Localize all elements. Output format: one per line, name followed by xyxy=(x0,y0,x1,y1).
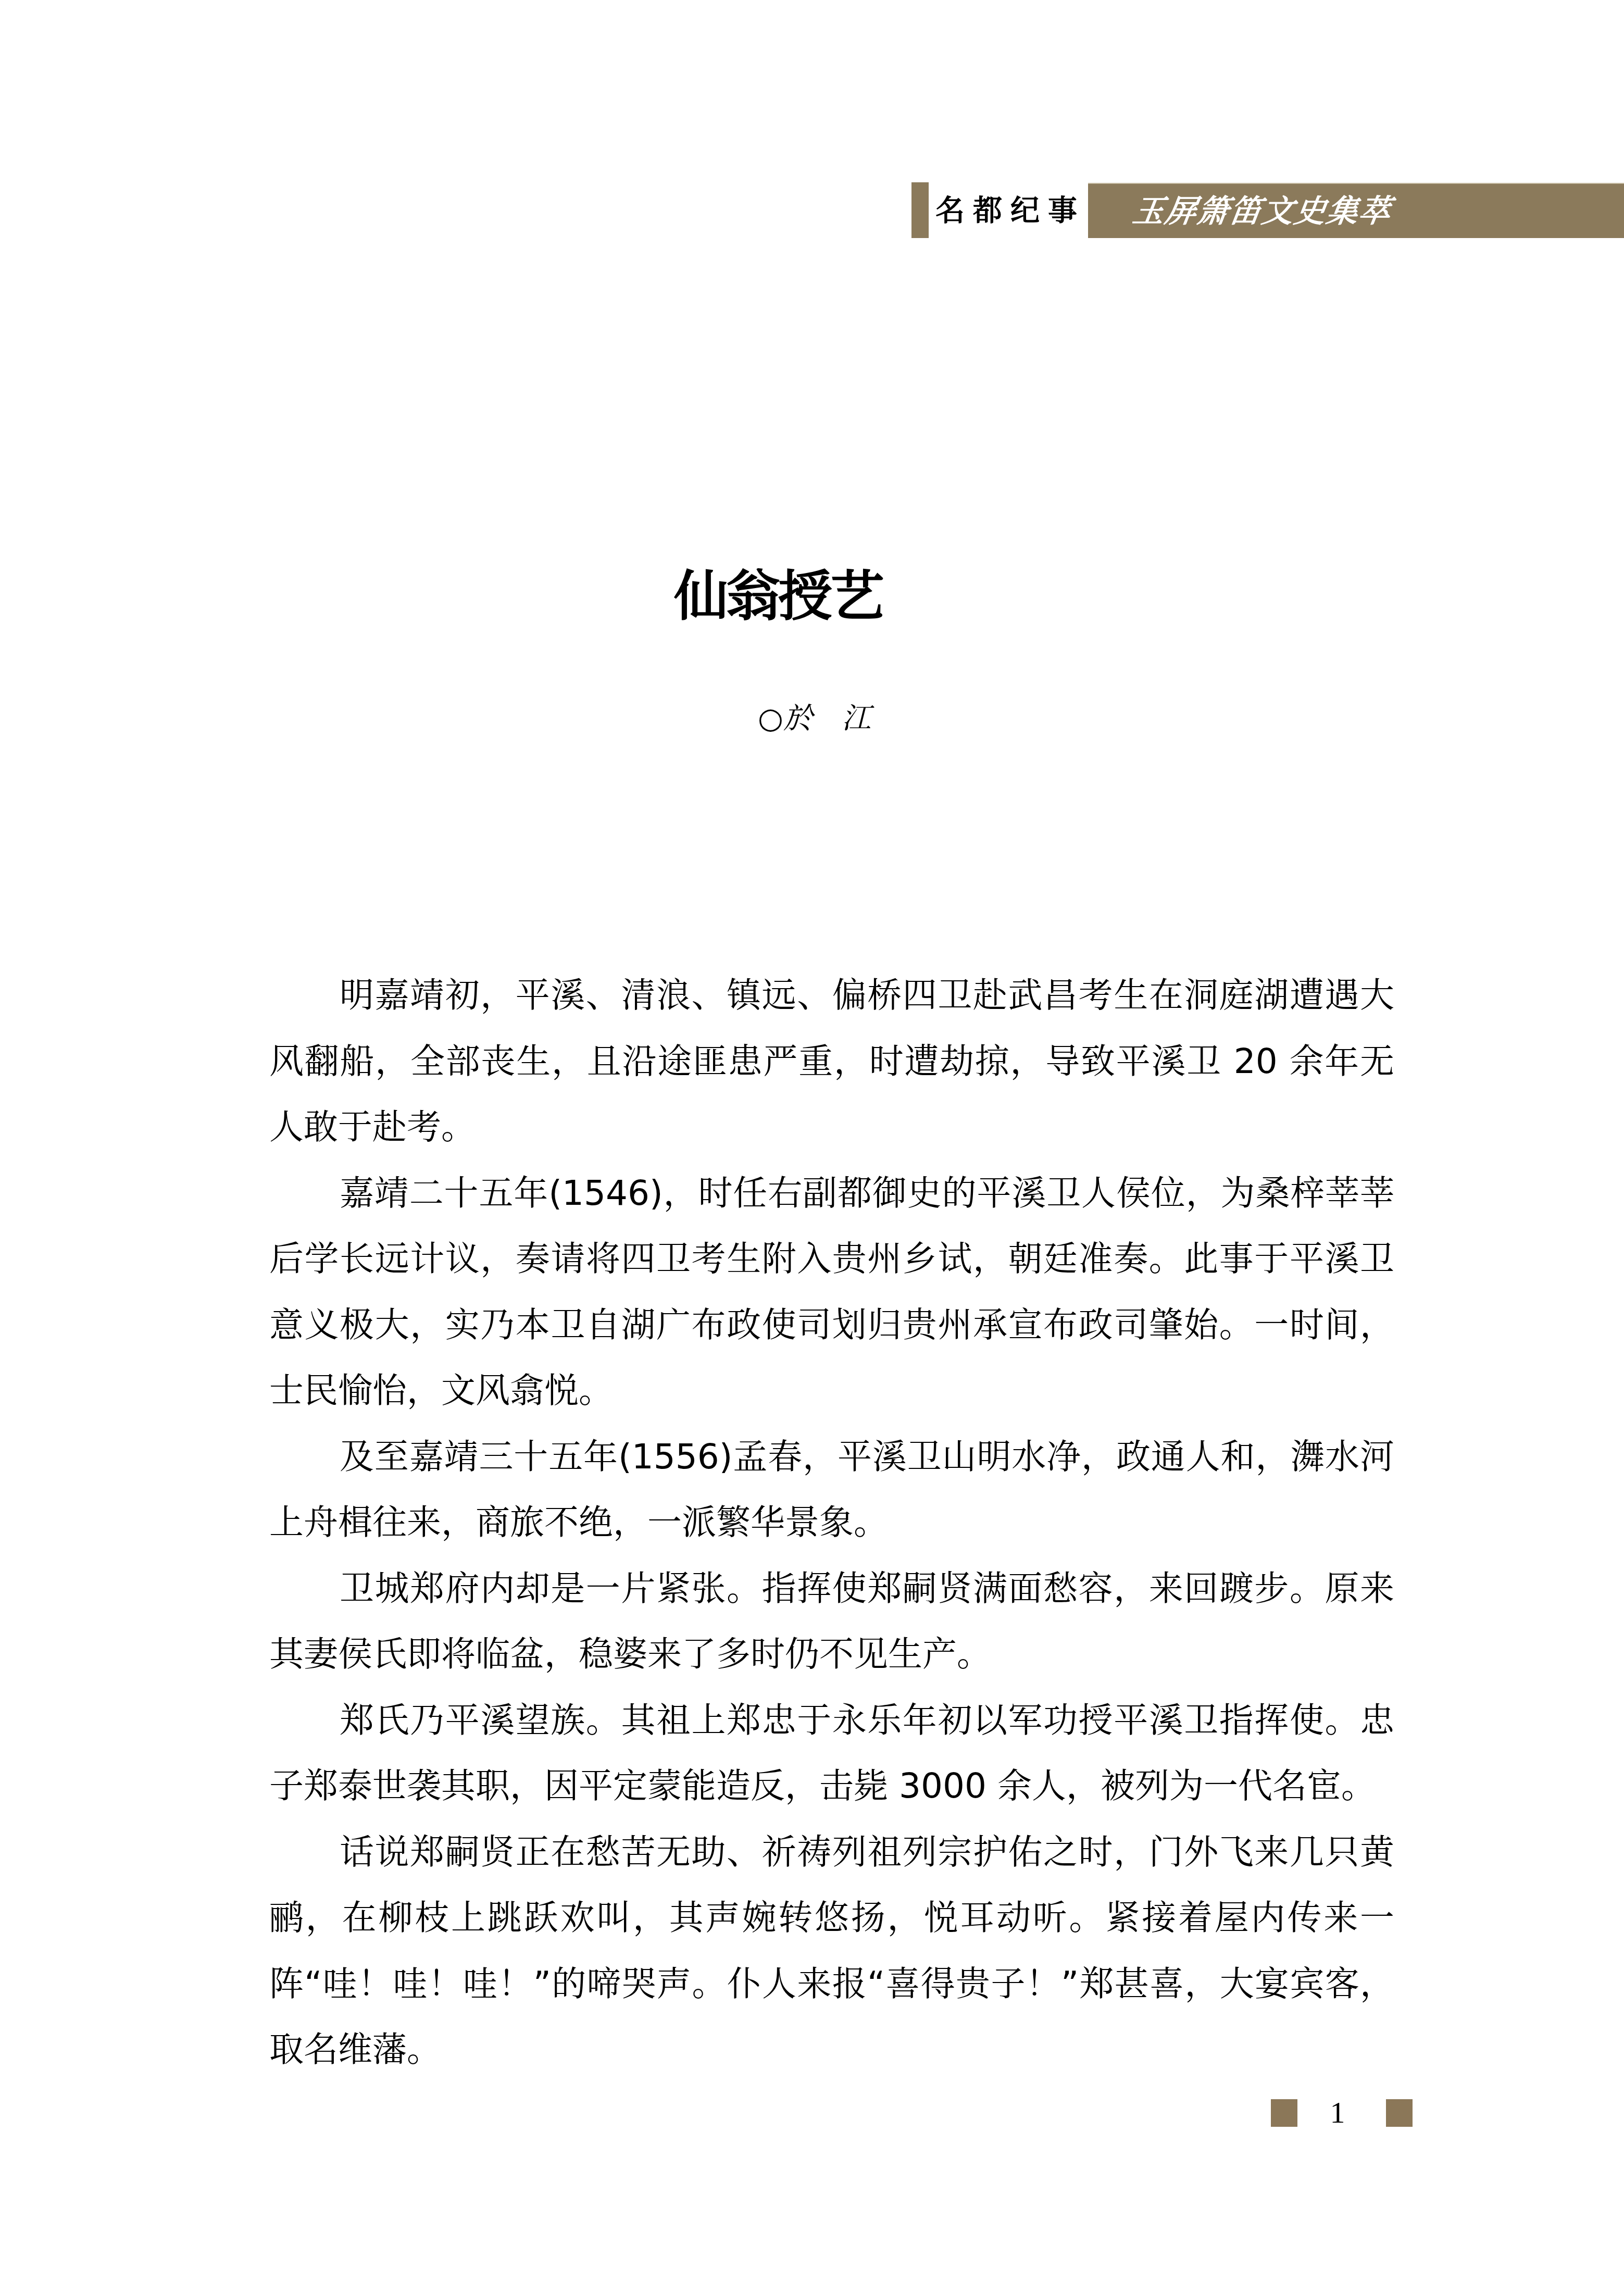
author-line: ○於 江 xyxy=(758,701,871,737)
page-number: 1 xyxy=(1327,2097,1348,2128)
paragraph: 明嘉靖初，平溪、清浪、镇远、偏桥四卫赴武昌考生在洞庭湖遭遇大风翻船，全部丧生，且… xyxy=(269,963,1394,1161)
series-title: 玉屏箫笛文史集萃 xyxy=(1130,188,1395,235)
section-label: 名都纪事 xyxy=(935,189,1085,232)
series-banner: 玉屏箫笛文史集萃 xyxy=(1088,183,1624,238)
folio-square-right-icon xyxy=(1386,2099,1413,2127)
paragraph: 卫城郑府内却是一片紧张。指挥使郑嗣贤满面愁容，来回踱步。原来其妻侯氏即将临盆，稳… xyxy=(269,1556,1394,1688)
paragraph: 话说郑嗣贤正在愁苦无助、祈祷列祖列宗护佑之时，门外飞来几只黄鹂，在柳枝上跳跃欢叫… xyxy=(269,1819,1394,2083)
paragraph: 及至嘉靖三十五年(1556)孟春，平溪卫山明水净，政通人和，㵲水河上舟楫往来，商… xyxy=(269,1424,1394,1556)
author-circle-mark: ○ xyxy=(758,702,783,735)
paragraph: 郑氏乃平溪望族。其祖上郑忠于永乐年初以军功授平溪卫指挥使。忠子郑泰世袭其职，因平… xyxy=(269,1688,1394,1819)
article-title-text: 仙翁授艺 xyxy=(674,565,882,628)
author-name: 於 江 xyxy=(783,702,871,735)
folio-square-left-icon xyxy=(1271,2099,1297,2127)
paragraph: 嘉靖二十五年(1546)，时任右副都御史的平溪卫人侯位，为桑梓莘莘后学长远计议，… xyxy=(269,1161,1394,1424)
header-accent-bar xyxy=(911,182,929,238)
article-title: 仙翁授艺 xyxy=(0,557,1624,635)
article-body: 明嘉靖初，平溪、清浪、镇远、偏桥四卫赴武昌考生在洞庭湖遭遇大风翻船，全部丧生，且… xyxy=(269,963,1394,2083)
